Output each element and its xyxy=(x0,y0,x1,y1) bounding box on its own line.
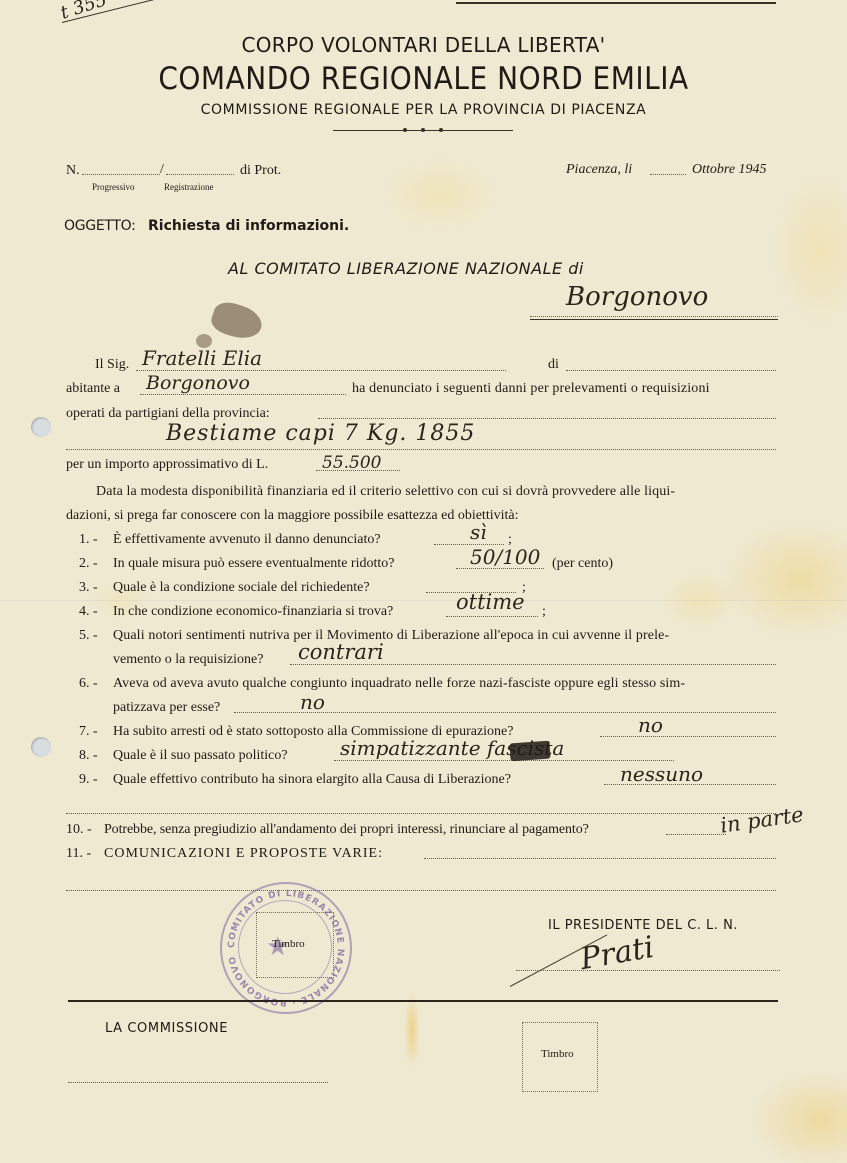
danni-field[interactable] xyxy=(66,449,776,450)
answer-7: no xyxy=(638,713,663,737)
answer-10: in parte xyxy=(719,802,805,837)
answer-field-7[interactable] xyxy=(600,736,776,737)
protocol-registrazione-field[interactable] xyxy=(166,174,234,175)
extra-field[interactable] xyxy=(66,813,776,814)
importo-label: per un importo approssimativo di L. xyxy=(66,457,268,473)
abitante-field[interactable] xyxy=(140,394,346,395)
signature-field[interactable] xyxy=(516,970,780,971)
operati-field[interactable] xyxy=(318,418,776,419)
protocol-progressivo-field[interactable] xyxy=(82,174,160,175)
commissione-label: LA COMMISSIONE xyxy=(105,1021,228,1036)
answer-field-10[interactable] xyxy=(666,834,726,835)
question-number: 9. - xyxy=(79,772,98,788)
header-line-2: COMANDO REGIONALE NORD EMILIA xyxy=(0,60,847,96)
denuncia-text: ha denunciato i seguenti danni per prele… xyxy=(352,381,710,397)
ornament-divider xyxy=(333,130,513,131)
question-number: 8. - xyxy=(79,748,98,764)
recipient-town-field[interactable] xyxy=(530,316,778,317)
importo-value: 55.500 xyxy=(322,453,381,473)
abitante-label: abitante a xyxy=(66,381,120,397)
commission-stamp-label: Timbro xyxy=(541,1048,574,1060)
abitante-value: Borgonovo xyxy=(146,372,250,394)
section-divider xyxy=(68,1000,778,1002)
date-day-field[interactable] xyxy=(650,174,686,175)
header-line-3: COMMISSIONE REGIONALE PER LA PROVINCIA D… xyxy=(0,102,847,118)
subject-value: Richiesta di informazioni. xyxy=(148,218,349,234)
answer-field-11-line-2[interactable] xyxy=(66,890,776,891)
intro-line-1: Data la modesta disponibilità finanziari… xyxy=(96,484,675,500)
question-number: 7. - xyxy=(79,724,98,740)
stamp-area-label: Timbro xyxy=(272,938,305,950)
answer-2: 50/100 xyxy=(470,545,540,569)
question-text-cont: vemento o la requisizione? xyxy=(113,652,263,668)
di-field[interactable] xyxy=(566,370,776,371)
answer-9: nessuno xyxy=(620,762,703,786)
recipient-label: AL COMITATO LIBERAZIONE NAZIONALE di xyxy=(228,259,584,278)
paper-fold xyxy=(0,600,847,602)
question-number: 1. - xyxy=(79,532,98,548)
ink-stain xyxy=(208,298,265,344)
subject-label: OGGETTO: xyxy=(64,218,136,234)
question-text: COMUNICAZIONI E PROPOSTE VARIE: xyxy=(104,846,383,862)
question-number: 5. - xyxy=(79,628,98,644)
question-number: 2. - xyxy=(79,556,98,572)
question-text: Potrebbe, senza pregiudizio all'andament… xyxy=(104,822,589,838)
operati-text: operati da partigiani della provincia: xyxy=(66,406,270,422)
answer-1: sì xyxy=(470,520,487,544)
question-text: Quale effettivo contributo ha sinora ela… xyxy=(113,772,511,788)
header-line-1: CORPO VOLONTARI DELLA LIBERTA' xyxy=(0,33,847,57)
question-text: Quale è il suo passato politico? xyxy=(113,748,288,764)
scribbled-out-word xyxy=(509,741,550,762)
place-date-label: Piacenza, li xyxy=(566,162,632,178)
recipient-town-rule xyxy=(530,319,778,320)
di-label: di xyxy=(548,357,559,373)
protocol-progressivo-label: Progressivo xyxy=(92,182,135,192)
question-number: 3. - xyxy=(79,580,98,596)
question-text-cont: patizzava per esse? xyxy=(113,700,220,716)
answer-field-5[interactable] xyxy=(290,664,776,665)
intro-line-2: dazioni, si prega far conoscere con la m… xyxy=(66,508,518,524)
question-text: In che condizione economico-finanziaria … xyxy=(113,604,393,620)
answer-5: contrari xyxy=(298,640,384,664)
question-suffix: ; xyxy=(542,604,546,620)
answer-field-4[interactable] xyxy=(446,616,538,617)
protocol-n-label: N. xyxy=(66,163,80,179)
protocol-di-prot: di Prot. xyxy=(240,163,281,179)
question-text: Aveva od aveva avuto qualche congiunto i… xyxy=(113,676,685,692)
top-rule xyxy=(456,2,776,4)
recipient-town: Borgonovo xyxy=(566,282,708,312)
protocol-slash: / xyxy=(160,162,164,178)
sig-label: Il Sig. xyxy=(95,357,129,373)
question-number: 11. - xyxy=(66,846,91,862)
danni-value: Bestiame capi 7 Kg. 1855 xyxy=(166,421,475,446)
answer-field-8[interactable] xyxy=(334,760,674,761)
question-number: 6. - xyxy=(79,676,98,692)
question-text: In quale misura può essere eventualmente… xyxy=(113,556,394,572)
question-number: 10. - xyxy=(66,822,92,838)
sig-name-field[interactable] xyxy=(136,370,506,371)
question-text: È effettivamente avvenuto il danno denun… xyxy=(113,532,381,548)
punch-hole xyxy=(31,737,51,757)
punch-hole xyxy=(31,417,51,437)
answer-4: ottime xyxy=(456,590,525,614)
commissione-signature-field[interactable] xyxy=(68,1082,328,1083)
answer-field-11[interactable] xyxy=(424,858,776,859)
month-year: Ottobre 1945 xyxy=(692,162,767,178)
protocol-registrazione-label: Registrazione xyxy=(164,182,213,192)
question-text: Quali notori sentimenti nutriva per il M… xyxy=(113,628,669,644)
sig-name: Fratelli Elia xyxy=(142,346,262,370)
answer-6: no xyxy=(300,690,325,714)
question-suffix: (per cento) xyxy=(552,556,613,572)
question-text: Quale è la condizione sociale del richie… xyxy=(113,580,370,596)
question-number: 4. - xyxy=(79,604,98,620)
